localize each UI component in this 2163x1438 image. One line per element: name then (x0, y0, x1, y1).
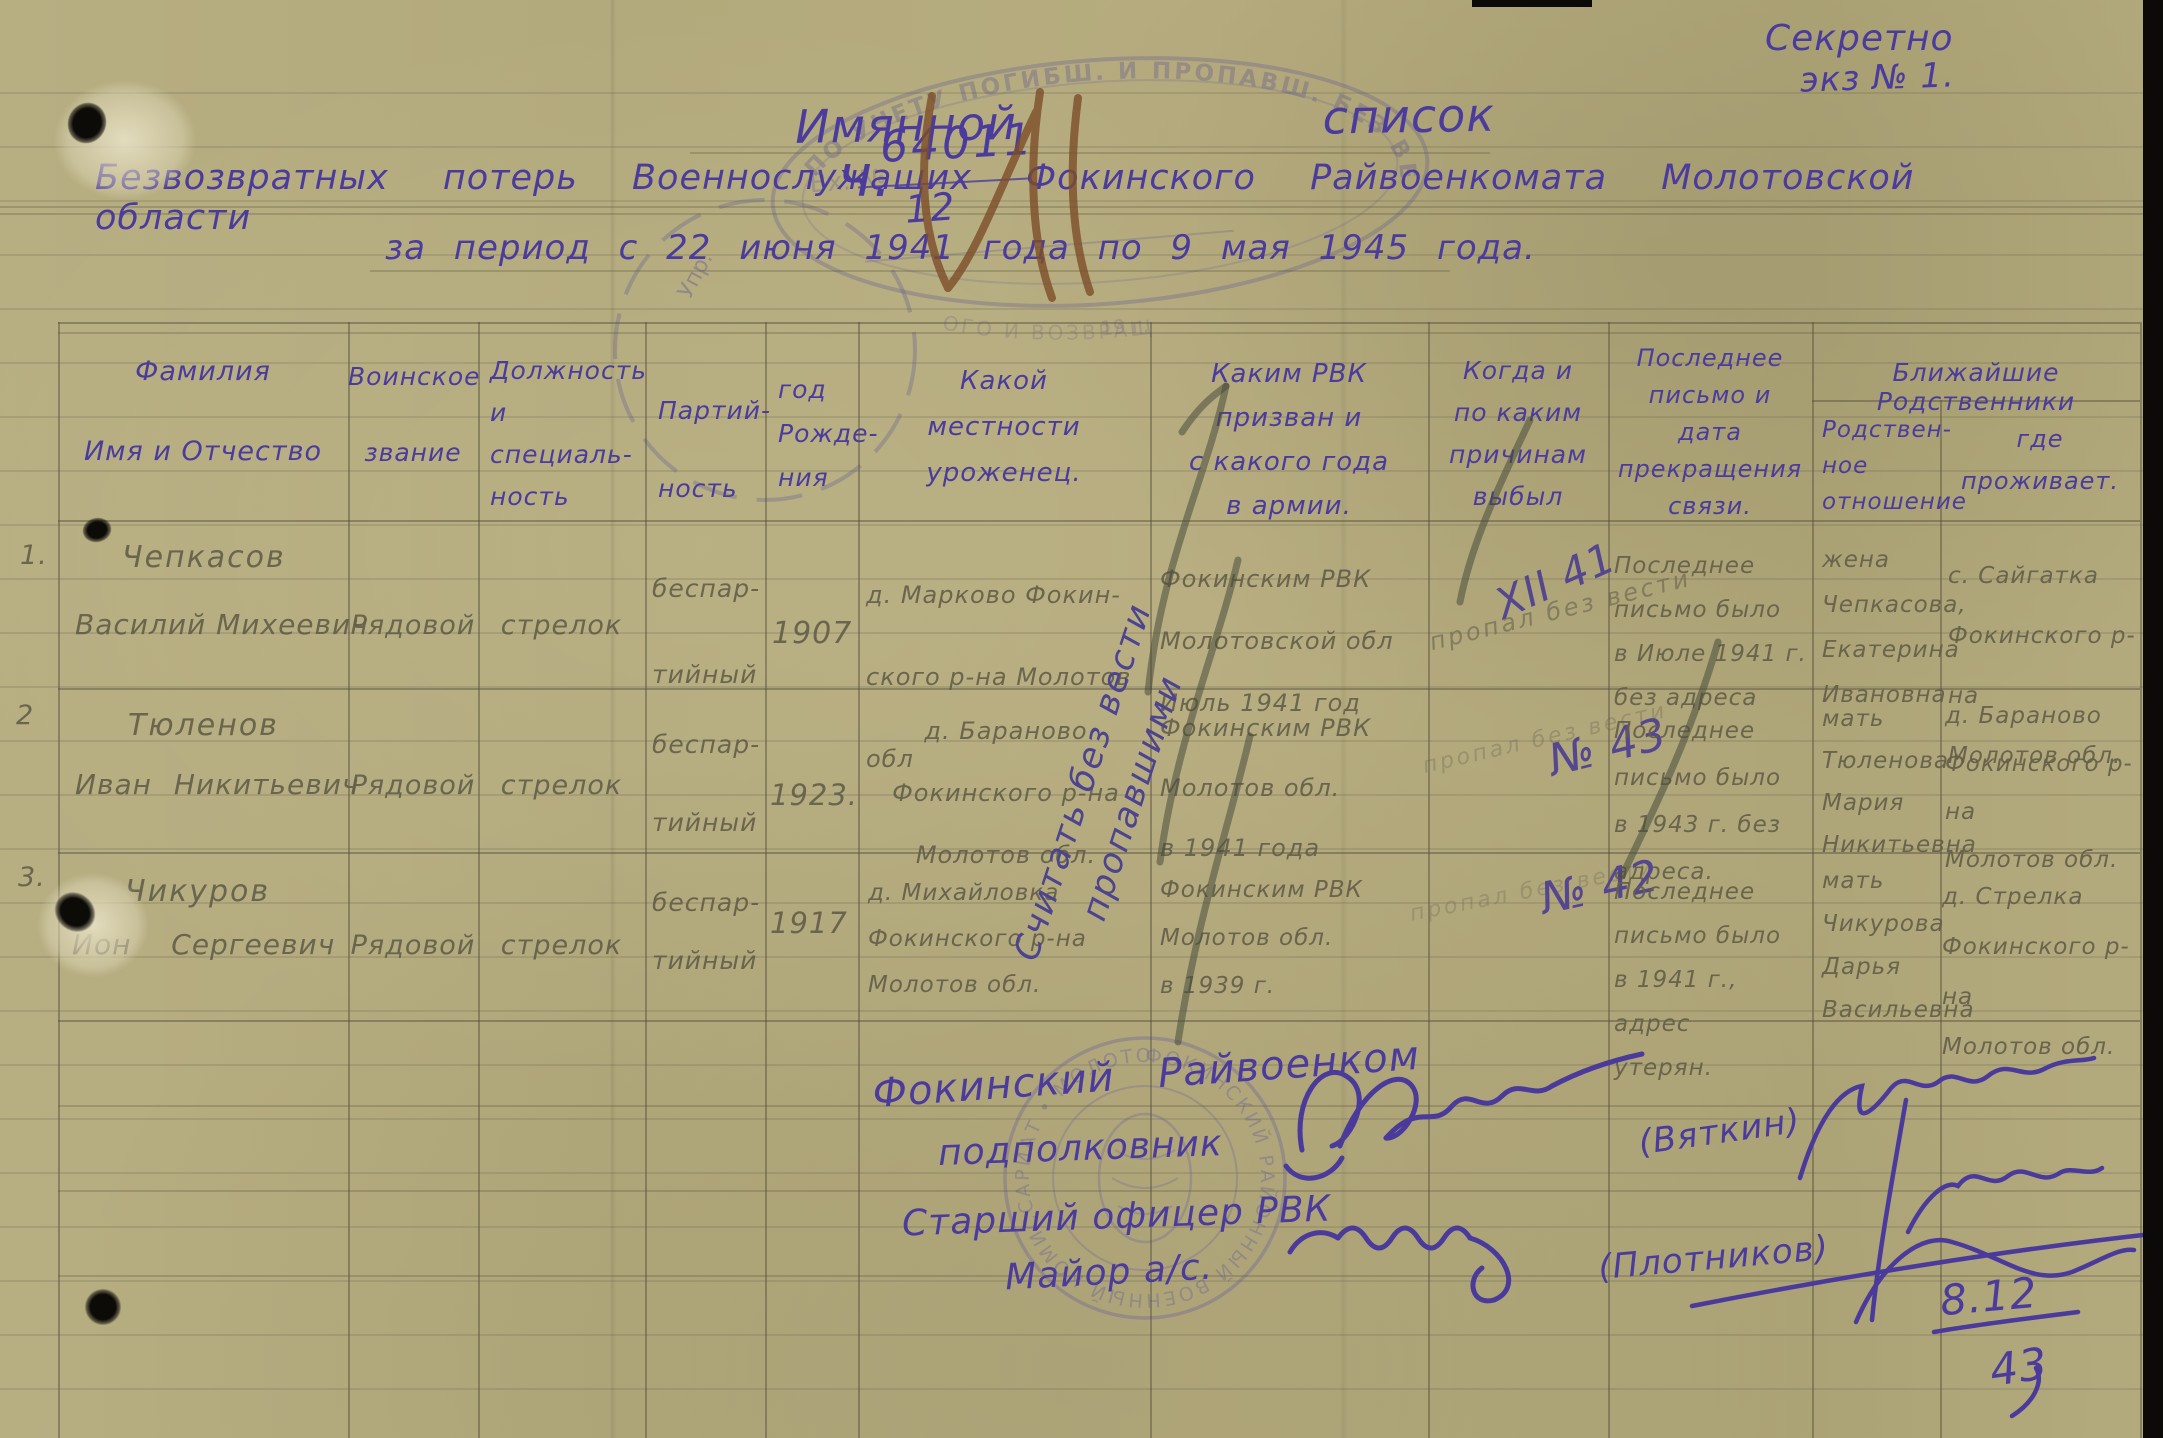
paper-tear-halo (30, 60, 220, 220)
signature-stroke-plotnikov (1290, 1228, 1509, 1301)
document-scan: ПО УЧЕТУ ПОГИБШ. И ПРОПАВШ. БЕЗ ВЕСТИ ОГ… (0, 0, 2163, 1438)
strokes-layer (0, 0, 2163, 1438)
scan-edge (2143, 0, 2163, 1438)
scan-edge-notch (1472, 0, 1592, 7)
signature-stroke-vyatkin (1286, 1054, 1642, 1178)
pencil-checkmarks (1148, 386, 1718, 1042)
annotation-scribble (1692, 1058, 2152, 1416)
brown-scribble (924, 92, 1090, 298)
